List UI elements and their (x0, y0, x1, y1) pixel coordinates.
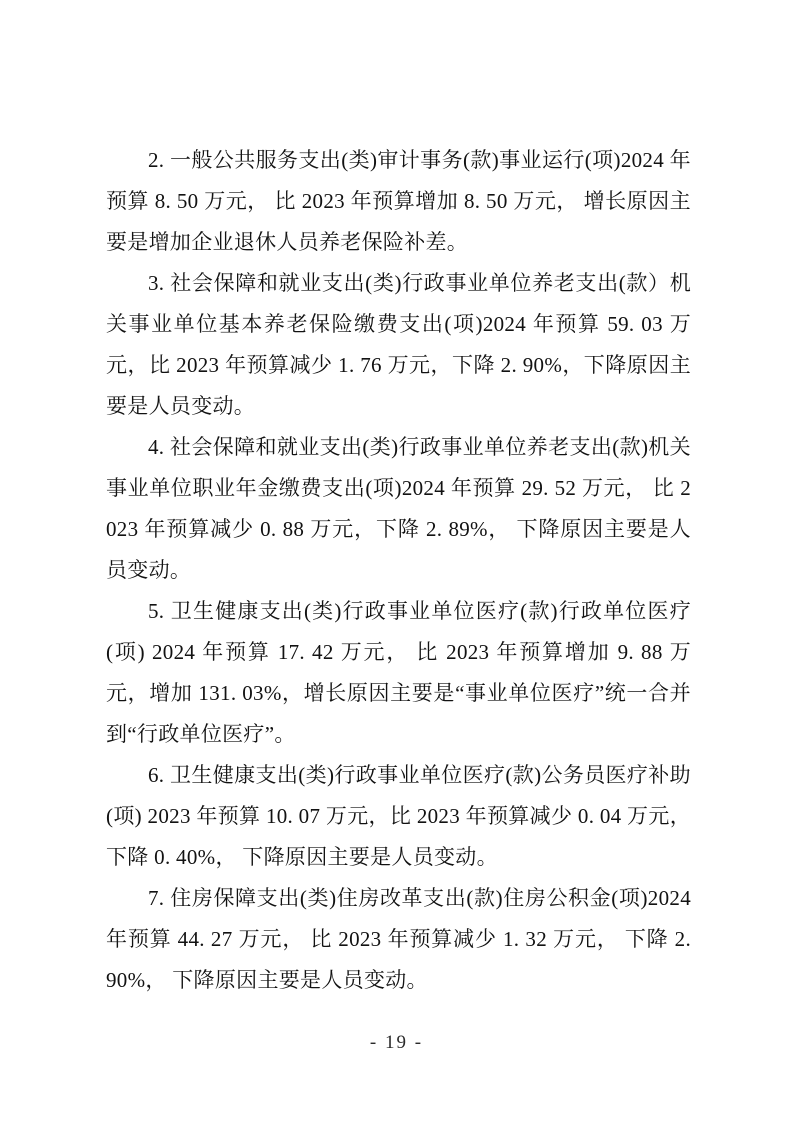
document-body: 2. 一般公共服务支出(类)审计事务(款)事业运行(项)2024 年预算 8. … (106, 140, 691, 1001)
document-page: 2. 一般公共服务支出(类)审计事务(款)事业运行(项)2024 年预算 8. … (0, 0, 793, 1122)
page-number: - 19 - (0, 1032, 793, 1054)
paragraph-item-6: 6. 卫生健康支出(类)行政事业单位医疗(款)公务员医疗补助(项) 2023 年… (106, 755, 691, 878)
paragraph-item-2: 2. 一般公共服务支出(类)审计事务(款)事业运行(项)2024 年预算 8. … (106, 140, 691, 263)
paragraph-item-5: 5. 卫生健康支出(类)行政事业单位医疗(款)行政单位医疗(项) 2024 年预… (106, 591, 691, 755)
paragraph-item-3: 3. 社会保障和就业支出(类)行政事业单位养老支出(款）机关事业单位基本养老保险… (106, 263, 691, 427)
paragraph-item-7: 7. 住房保障支出(类)住房改革支出(款)住房公积金(项)2024 年预算 44… (106, 878, 691, 1001)
paragraph-item-4: 4. 社会保障和就业支出(类)行政事业单位养老支出(款)机关事业单位职业年金缴费… (106, 427, 691, 591)
